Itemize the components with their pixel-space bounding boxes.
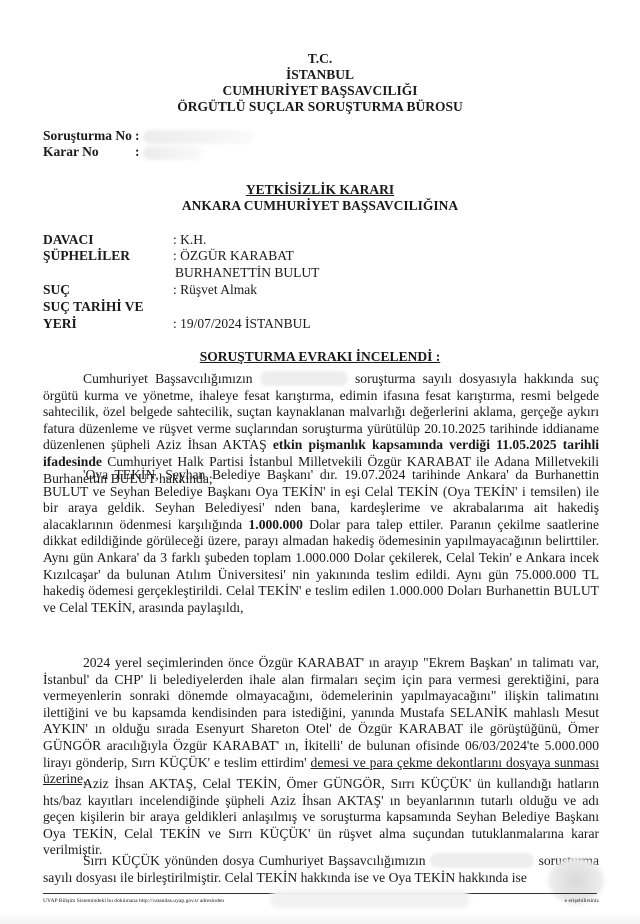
decision-no-label: Karar No <box>43 144 135 160</box>
header-tc: T.C. <box>0 50 640 67</box>
paragraph-5: Sırrı KÜÇÜK yönünden dosya Cumhuriyet Ba… <box>43 853 599 886</box>
plaintiff-row: DAVACI: K.H. <box>43 232 206 249</box>
document-page: T.C. İSTANBUL CUMHURİYET BAŞSAVCILIĞI ÖR… <box>0 0 640 924</box>
crime-date-label: SUÇ TARİHİ VE YERİ <box>43 299 173 332</box>
crime-row: SUÇ: Rüşvet Almak <box>43 282 257 299</box>
colon: : <box>135 144 143 160</box>
plaintiff-label: DAVACI <box>43 232 173 249</box>
decision-no-row: Karar No: <box>43 144 203 160</box>
paragraph-4: Aziz İhsan AKTAŞ, Celal TEKİN, Ömer GÜNG… <box>43 776 599 859</box>
crime-label: SUÇ <box>43 282 173 299</box>
section-title: SORUŞTURMA EVRAKI İNCELENDİ : <box>0 349 640 365</box>
plaintiff-value: : K.H. <box>173 232 206 249</box>
footer-right-text: e erişebilirsiniz <box>565 897 599 905</box>
colon: : <box>135 128 143 144</box>
suspect-2: BURHANETTİN BULUT <box>175 265 319 282</box>
footer-left-text: UYAP Bilişim Sistemindeki bu dokümana ht… <box>43 897 224 905</box>
decision-addressee: ANKARA CUMHURİYET BAŞSAVCILIĞINA <box>0 198 640 214</box>
investigation-no-row: Soruşturma No: <box>43 128 253 144</box>
paragraph-2: 'Oya TEKİN, Seyhan Belediye Başkanı' dır… <box>43 467 599 616</box>
redacted-file-no-2 <box>430 853 534 868</box>
page-bottom-shadow <box>0 912 640 924</box>
suspects-label: ŞÜPHELİLER <box>43 248 173 265</box>
decision-title: YETKİSİZLİK KARARI <box>0 182 640 198</box>
header-city: İSTANBUL <box>0 66 640 83</box>
suspect-1: : ÖZGÜR KARABAT <box>173 248 294 265</box>
investigation-no-label: Soruşturma No <box>43 128 135 144</box>
header-office: CUMHURİYET BAŞSAVCILIĞI <box>0 82 640 99</box>
suspects-row: ŞÜPHELİLER: ÖZGÜR KARABAT <box>43 248 294 265</box>
crime-value: : Rüşvet Almak <box>173 282 257 299</box>
header-bureau: ÖRGÜTLÜ SUÇLAR SORUŞTURMA BÜROSU <box>0 98 640 115</box>
redacted-decision-no <box>143 146 203 160</box>
crime-date-value: : 19/07/2024 İSTANBUL <box>173 316 311 333</box>
paragraph-3: 2024 yerel seçimlerinden önce Özgür KARA… <box>43 655 599 788</box>
crime-date-row: SUÇ TARİHİ VE YERİ: 19/07/2024 İSTANBUL <box>43 299 311 332</box>
redacted-footer-code <box>270 890 470 908</box>
redacted-investigation-no <box>143 130 253 144</box>
redacted-file-no <box>260 371 348 386</box>
